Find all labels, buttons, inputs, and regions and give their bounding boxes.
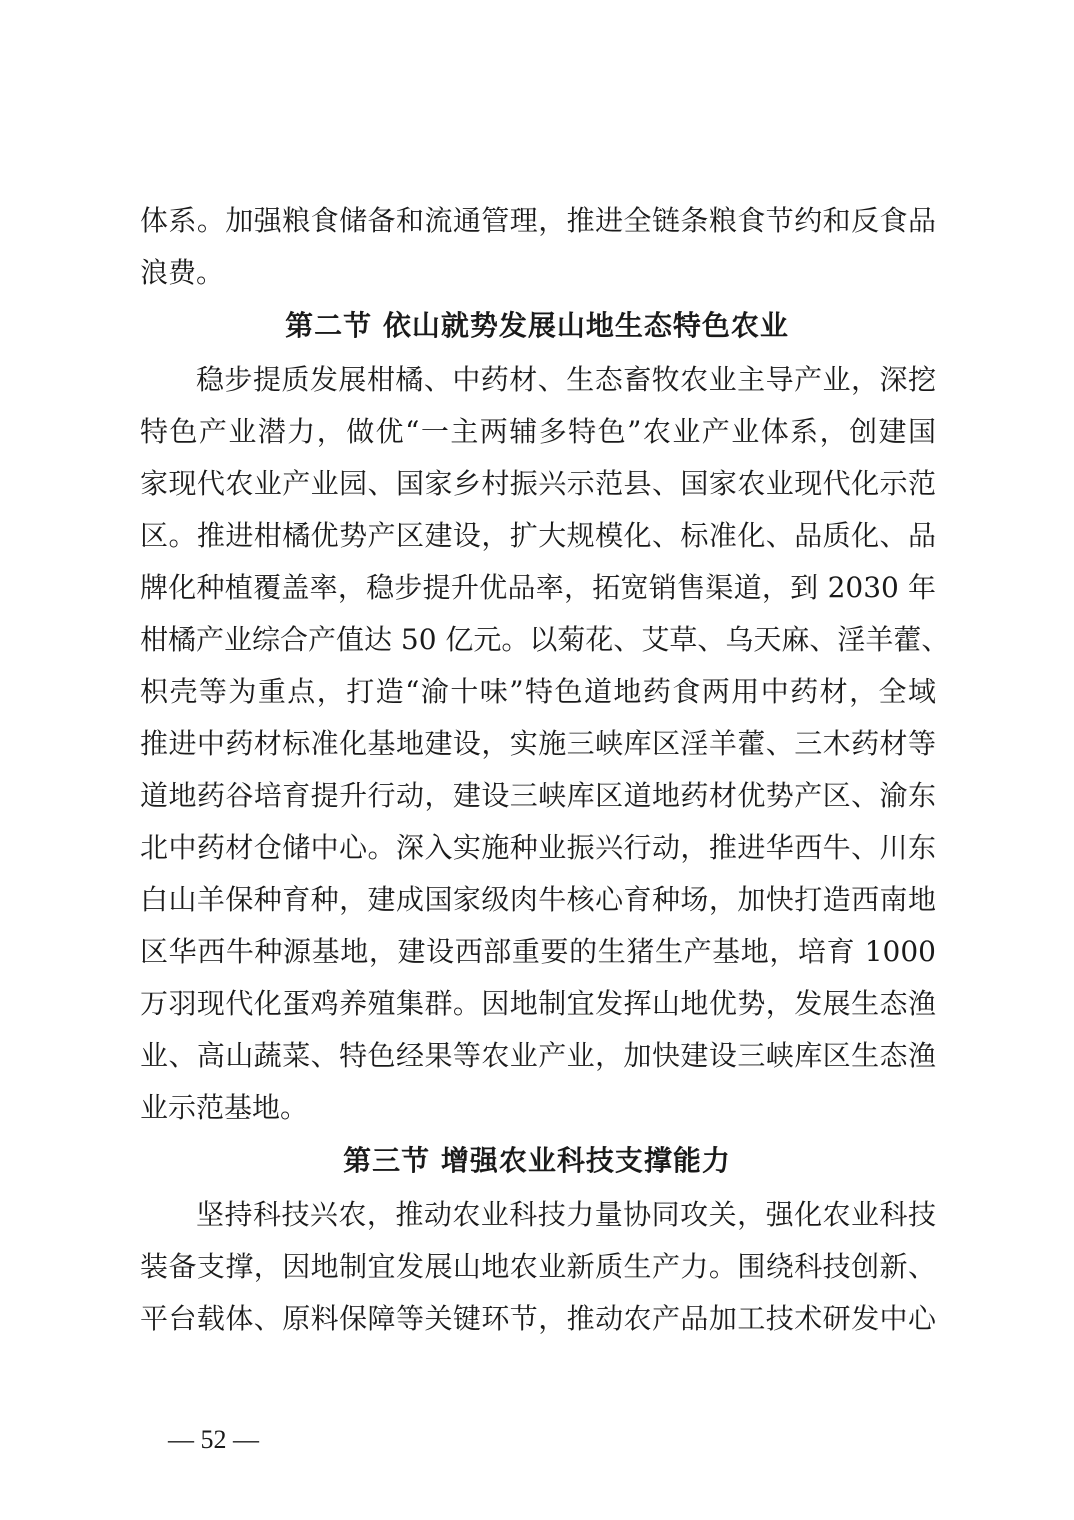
section-heading: 第三节 增强农业科技支撑能力 — [0, 1141, 1074, 1181]
paragraph-line: 北中药材仓储中心。深入实施种业振兴行动，推进华西牛、川东 — [140, 828, 936, 868]
paragraph-line: 稳步提质发展柑橘、中药材、生态畜牧农业主导产业，深挖 — [196, 360, 936, 400]
paragraph-line: 柑橘产业综合产值达 50 亿元。以菊花、艾草、乌天麻、淫羊藿、 — [140, 620, 936, 660]
paragraph-line: 装备支撑，因地制宜发展山地农业新质生产力。围绕科技创新、 — [140, 1247, 936, 1287]
paragraph-line: 区。推进柑橘优势产区建设，扩大规模化、标准化、品质化、品 — [140, 516, 936, 556]
paragraph-line: 浪费。 — [140, 253, 936, 293]
paragraph-line: 牌化种植覆盖率，稳步提升优品率，拓宽销售渠道，到 2030 年 — [140, 568, 936, 608]
paragraph-line: 体系。加强粮食储备和流通管理，推进全链条粮食节约和反食品 — [140, 201, 936, 241]
section-heading: 第二节 依山就势发展山地生态特色农业 — [0, 306, 1074, 346]
paragraph-line: 家现代农业产业园、国家乡村振兴示范县、国家农业现代化示范 — [140, 464, 936, 504]
paragraph-line: 业示范基地。 — [140, 1088, 936, 1128]
paragraph-line: 平台载体、原料保障等关键环节，推动农产品加工技术研发中心 — [140, 1299, 936, 1339]
paragraph-line: 区华西牛种源基地，建设西部重要的生猪生产基地，培育 1000 — [140, 932, 936, 972]
paragraph-line: 枳壳等为重点，打造“渝十味”特色道地药食两用中药材，全域 — [140, 672, 936, 712]
paragraph-line: 特色产业潜力，做优“一主两辅多特色”农业产业体系，创建国 — [140, 412, 936, 452]
paragraph-line: 坚持科技兴农，推动农业科技力量协同攻关，强化农业科技 — [196, 1195, 936, 1235]
paragraph-line: 白山羊保种育种，建成国家级肉牛核心育种场，加快打造西南地 — [140, 880, 936, 920]
paragraph-line: 道地药谷培育提升行动，建设三峡库区道地药材优势产区、渝东 — [140, 776, 936, 816]
paragraph-line: 万羽现代化蛋鸡养殖集群。因地制宜发挥山地优势，发展生态渔 — [140, 984, 936, 1024]
paragraph-line: 业、高山蔬菜、特色经果等农业产业，加快建设三峡库区生态渔 — [140, 1036, 936, 1076]
paragraph-line: 推进中药材标准化基地建设，实施三峡库区淫羊藿、三木药材等 — [140, 724, 936, 764]
page-number: — 52 — — [168, 1422, 259, 1458]
